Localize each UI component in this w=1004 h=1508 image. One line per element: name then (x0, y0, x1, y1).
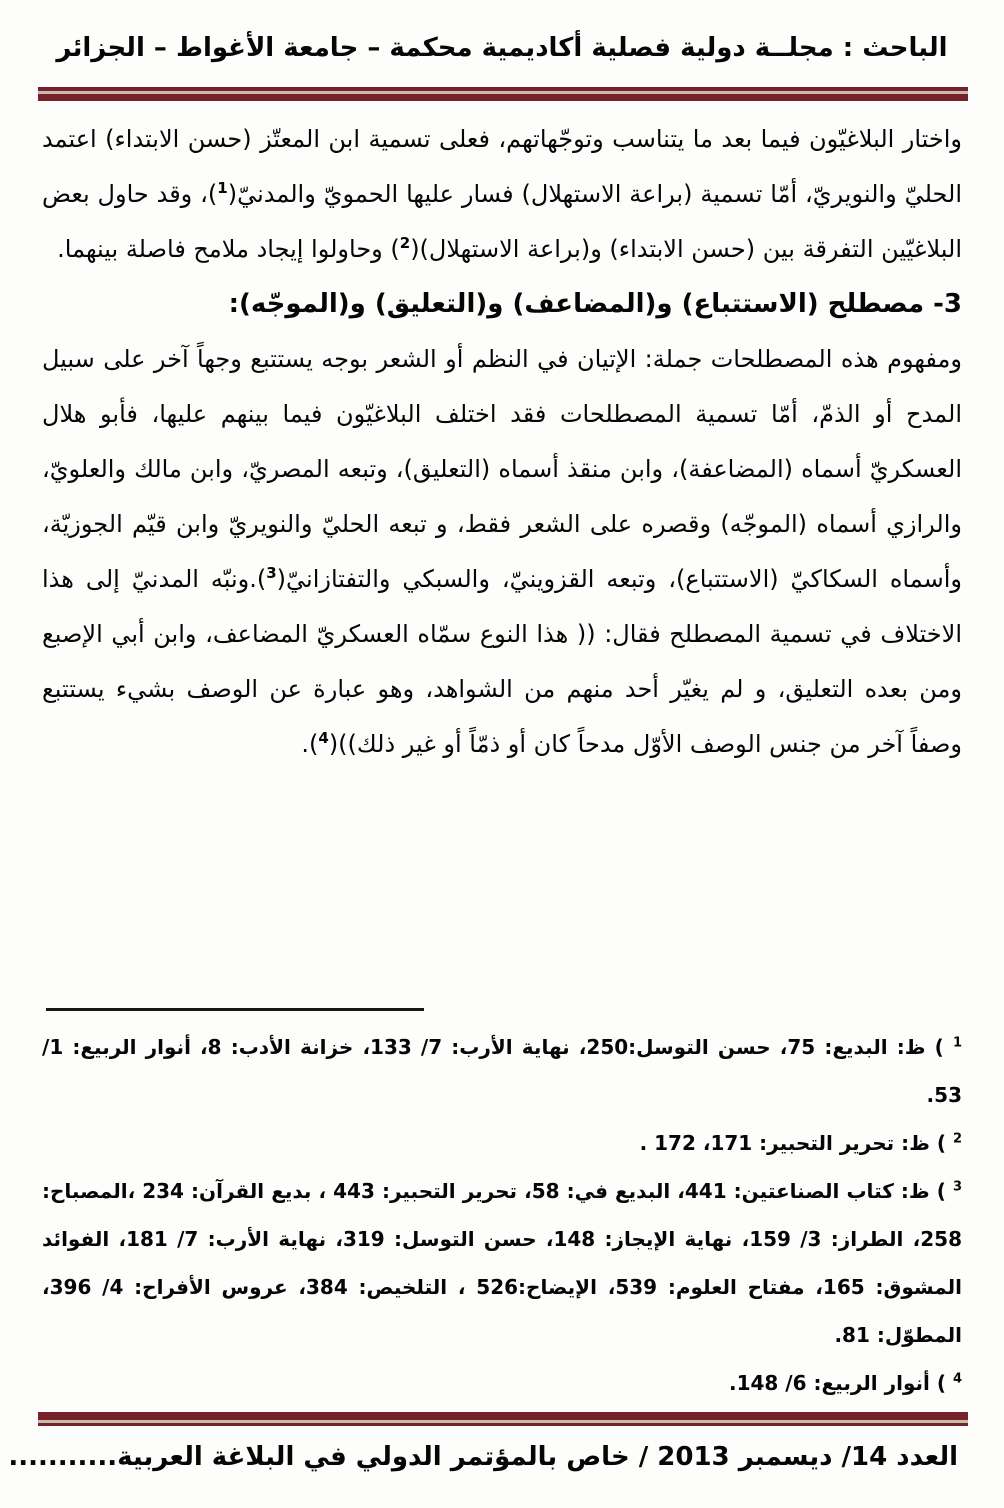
footnote-2-text: ظ: تحرير التحبير: 171، 172 . (640, 1131, 930, 1155)
footer-issue-text: العدد 14/ ديسمبر 2013 / خاص بالمؤتمر الد… (107, 1442, 958, 1472)
paragraph-2-text: ). (301, 730, 318, 758)
rule-band-maroon (38, 1412, 968, 1420)
footnote-3-marker: 3 (953, 1179, 962, 1194)
header-double-rule (38, 87, 968, 101)
article-body: واختار البلاغيّون فيما بعد ما يتناسب وتو… (42, 112, 962, 772)
footnote-4-marker: 4 (953, 1371, 962, 1386)
section-heading: 3- مصطلح (الاستتباع) و(المضاعف) و(التعلي… (42, 277, 962, 332)
rule-band-maroon (38, 1423, 968, 1426)
footnote-3: 3 ) ظ: كتاب الصناعتين: 441، البديع في: 5… (42, 1167, 962, 1359)
footnote-ref-1: 1 (217, 179, 227, 197)
footnote-4: 4 ) أنوار الربيع: 6/ 148. (42, 1359, 962, 1407)
paragraph-1-text: ) وحاولوا إيجاد ملامح فاصلة بينهما. (57, 235, 400, 263)
footnote-separator-rule (46, 1008, 424, 1011)
paragraph-2-text: ).ونبّه المدنيّ إلى هذا الاختلاف في تسمي… (42, 565, 962, 758)
footnote-marker-paren: ) (926, 1035, 953, 1059)
rule-band-maroon (38, 94, 968, 101)
footnotes-section: 1 ) ظ: البديع: 75، حسن التوسل:250، نهاية… (42, 998, 962, 1407)
footnote-4-text: أنوار الربيع: 6/ 148. (729, 1371, 930, 1395)
footnote-1: 1 ) ظ: البديع: 75، حسن التوسل:250، نهاية… (42, 1023, 962, 1119)
footnote-2-marker: 2 (953, 1131, 962, 1146)
footnote-3-text: ظ: كتاب الصناعتين: 441، البديع في: 58، ت… (42, 1179, 962, 1347)
footnote-2: 2 ) ظ: تحرير التحبير: 171، 172 . (42, 1119, 962, 1167)
paragraph-1: واختار البلاغيّون فيما بعد ما يتناسب وتو… (42, 112, 962, 277)
footnote-marker-paren: ) (930, 1371, 953, 1395)
footnote-1-marker: 1 (953, 1035, 962, 1050)
footnote-ref-3: 3 (266, 564, 276, 582)
journal-header-title: الباحث : مجلــة دولية فصلية أكاديمية محك… (0, 0, 1004, 66)
paragraph-2: ومفهوم هذه المصطلحات جملة: الإتيان في ال… (42, 332, 962, 772)
footer-double-rule (38, 1412, 968, 1426)
document-page: الباحث : مجلــة دولية فصلية أكاديمية محك… (0, 0, 1004, 1508)
footnote-ref-2: 2 (400, 234, 410, 252)
dots-leader: .......... (8, 1442, 107, 1472)
footnote-ref-4: 4 (318, 729, 328, 747)
footnote-marker-paren: ) (930, 1179, 953, 1203)
paragraph-2-text: ومفهوم هذه المصطلحات جملة: الإتيان في ال… (42, 345, 962, 593)
footnote-marker-paren: ) (930, 1131, 953, 1155)
footer-line: العدد 14/ ديسمبر 2013 / خاص بالمؤتمر الد… (40, 1437, 958, 1477)
footnote-1-text: ظ: البديع: 75، حسن التوسل:250، نهاية الأ… (42, 1035, 962, 1107)
